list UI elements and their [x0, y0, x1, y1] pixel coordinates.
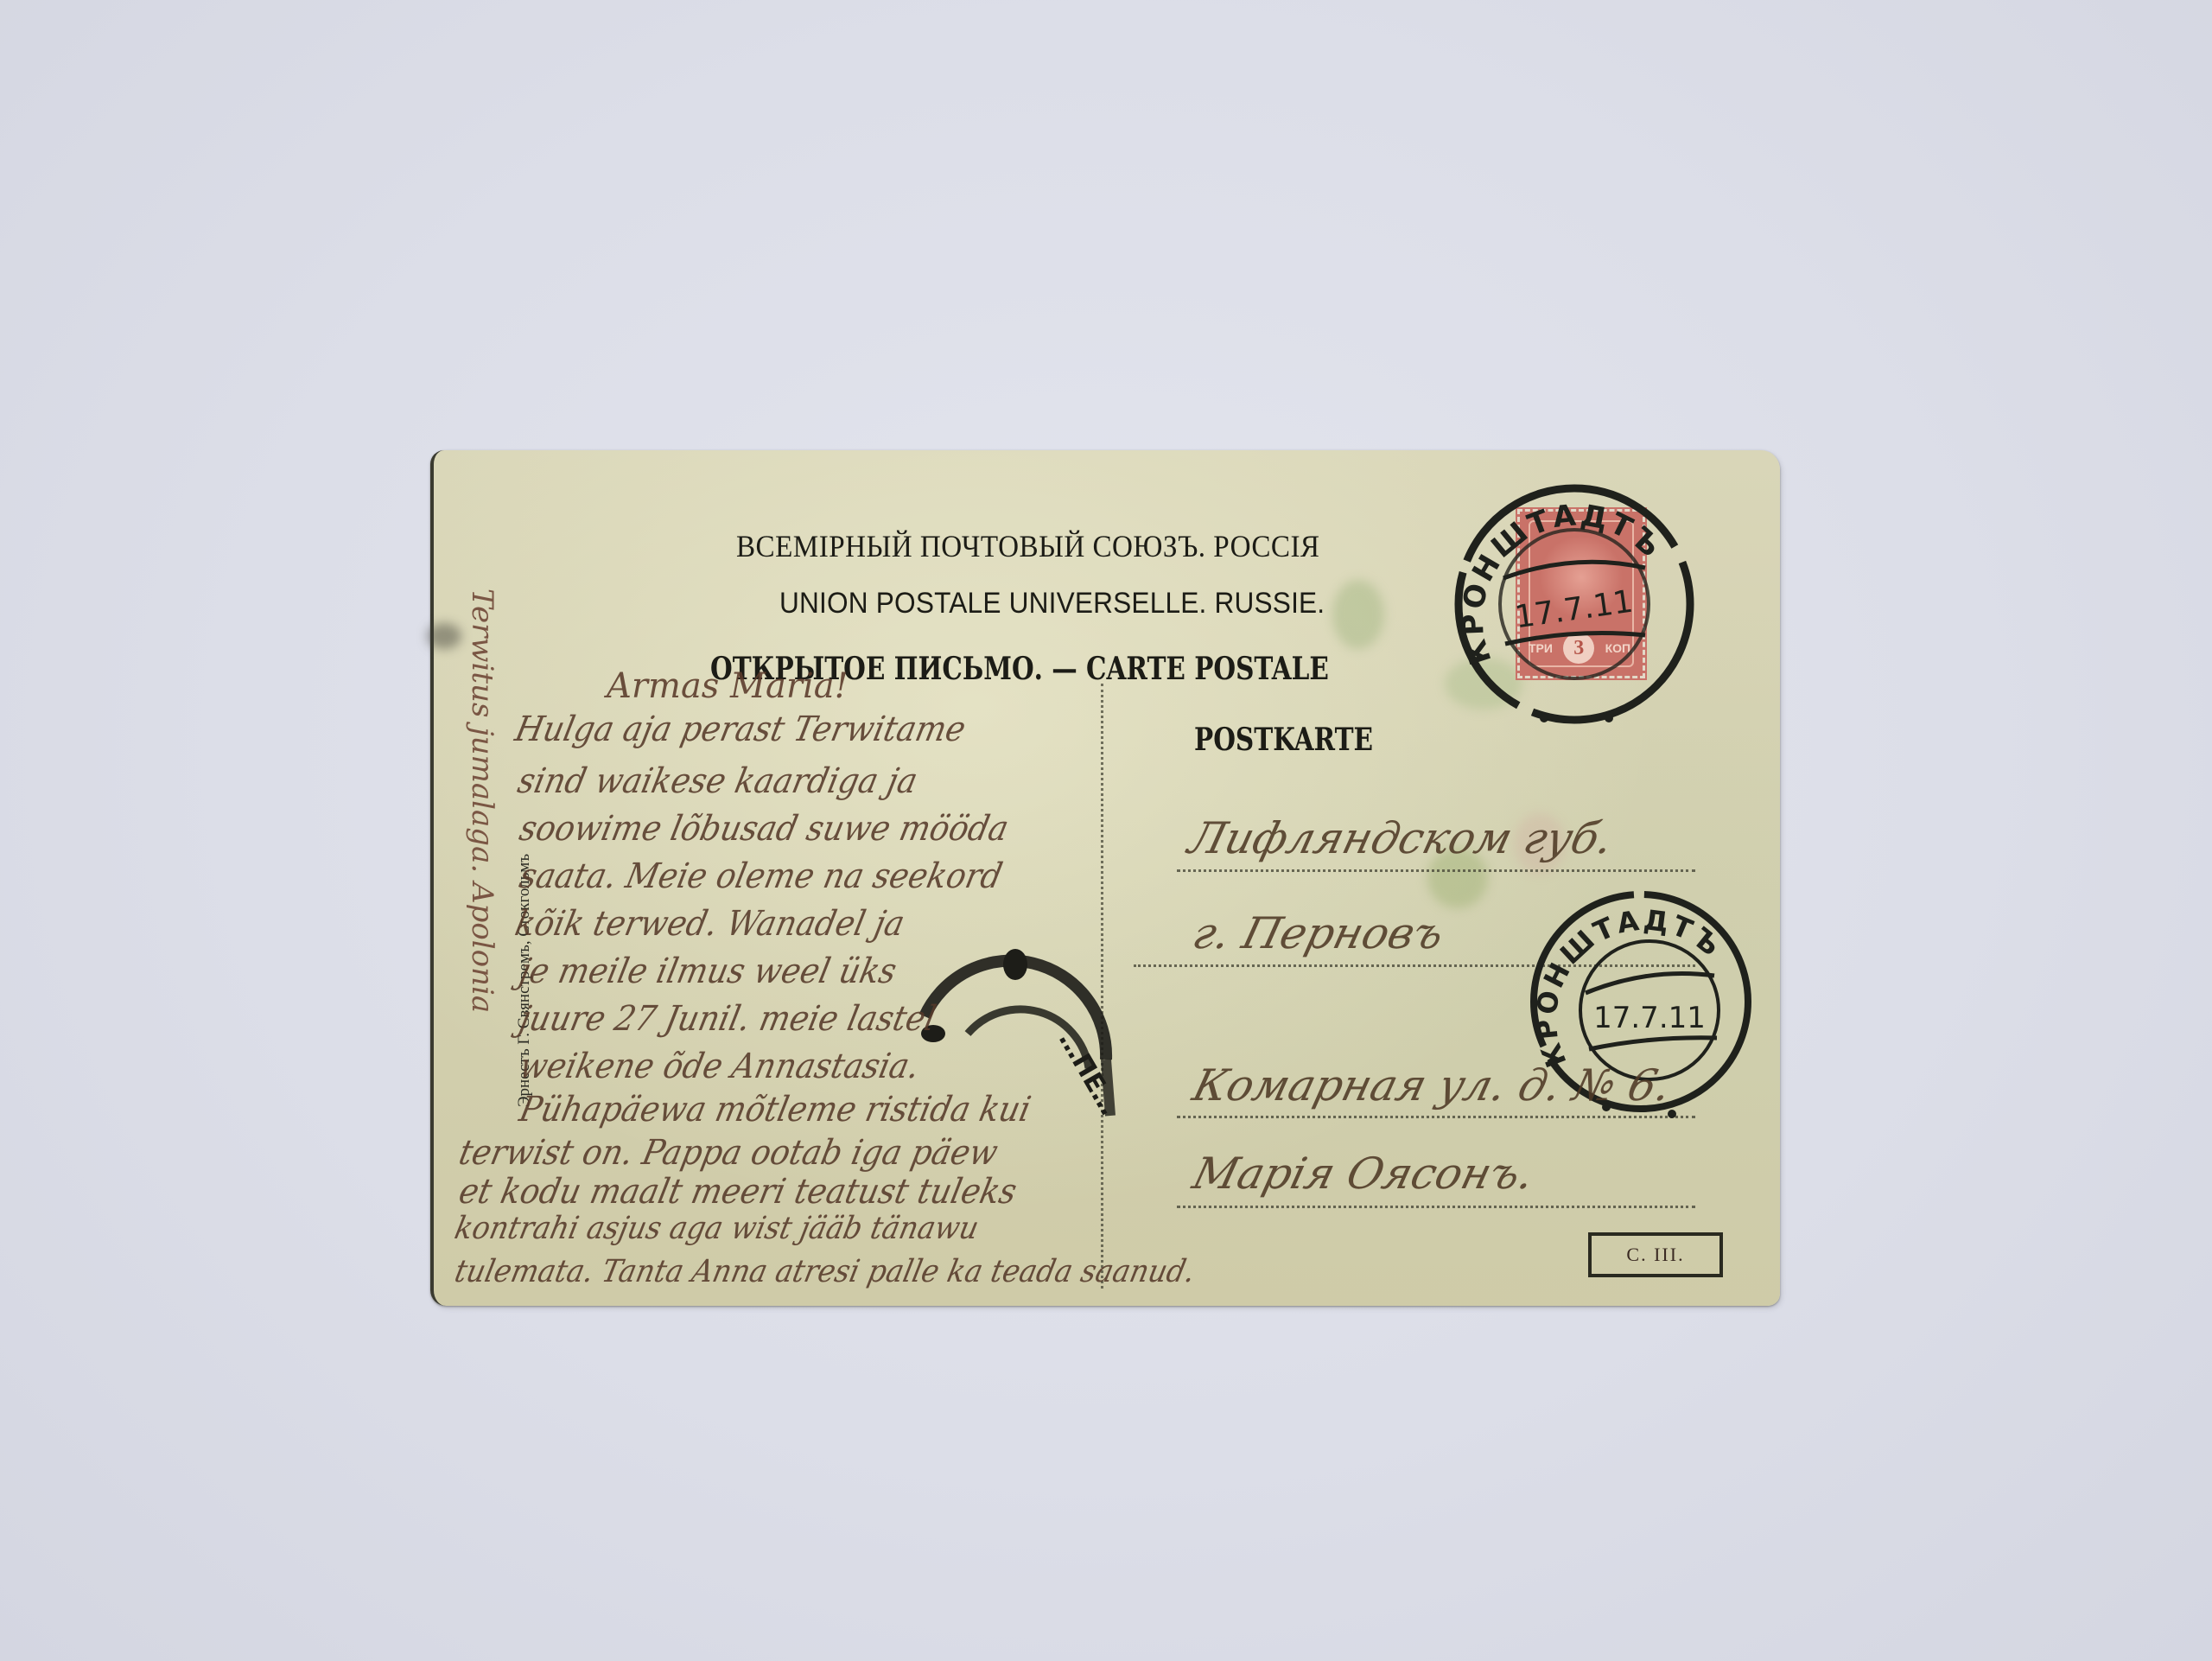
postmark-date: 17.7.11 [1593, 1001, 1706, 1035]
message-line: saata. Meie oleme na seekord [516, 856, 1006, 896]
green-stain [1332, 580, 1384, 649]
message-line: Hulga aja perast Terwitame [512, 710, 969, 749]
header-russian: ВСЕМІРНЫЙ ПОЧТОВЫЙ СОЮЗЪ. РОССІЯ [736, 528, 1319, 564]
message-line: kontrahi asjus aga wist jääb tänawu [452, 1211, 982, 1246]
message-line: kõik terwed. Wanadel ja [512, 904, 908, 944]
address-line [1177, 1206, 1695, 1208]
message-line: et kodu maalt meeri teatust tuleks [455, 1172, 1020, 1212]
smudge [427, 623, 461, 649]
address-line [1177, 869, 1695, 872]
address-line-3: Комарная ул. д. № 6. [1188, 1060, 1676, 1111]
series-code: С. III. [1626, 1244, 1684, 1266]
address-line-2: г. Перновъ [1188, 908, 1449, 958]
header-french: UNION POSTALE UNIVERSELLE. RUSSIE. [779, 587, 1325, 620]
margin-note: Terwitus jumalaga. Apolonia [465, 589, 499, 1013]
greeting: Armas Maria! [607, 666, 849, 706]
message-line: tulemata. Tanta Anna atresi palle ka tea… [452, 1254, 1198, 1289]
address-line-4: Марія Оясонъ. [1188, 1149, 1540, 1199]
postmark-top-right: КРОНШТАДТЪ 17.7.11 [1445, 474, 1704, 734]
message-line: terwist on. Pappa ootab iga päew [455, 1133, 1001, 1173]
message-line: sind waikese kaardiga ja [514, 761, 921, 801]
message-line: weikene õde Annastasia. [516, 1047, 923, 1086]
message-line: soowime lõbusad suwe mööda [516, 809, 1012, 849]
postcard: ВСЕМІРНЫЙ ПОЧТОВЫЙ СОЮЗЪ. РОССІЯ UNION P… [430, 450, 1780, 1306]
address-line-1: Лифляндском губ. [1184, 813, 1618, 863]
postmark-date: 17.7.11 [1513, 584, 1636, 636]
message-line: je meile ilmus weel üks [516, 951, 899, 991]
message-line: Pühapäewa mõtleme ristida kui [516, 1090, 1034, 1130]
header-postkarte: POSTKARTE [1194, 722, 1373, 758]
postmark-city: …ПЕ… [1052, 1027, 1124, 1121]
message-line: juure 27 Junil. meie lastel [516, 999, 939, 1039]
series-code-box: С. III. [1588, 1232, 1723, 1277]
